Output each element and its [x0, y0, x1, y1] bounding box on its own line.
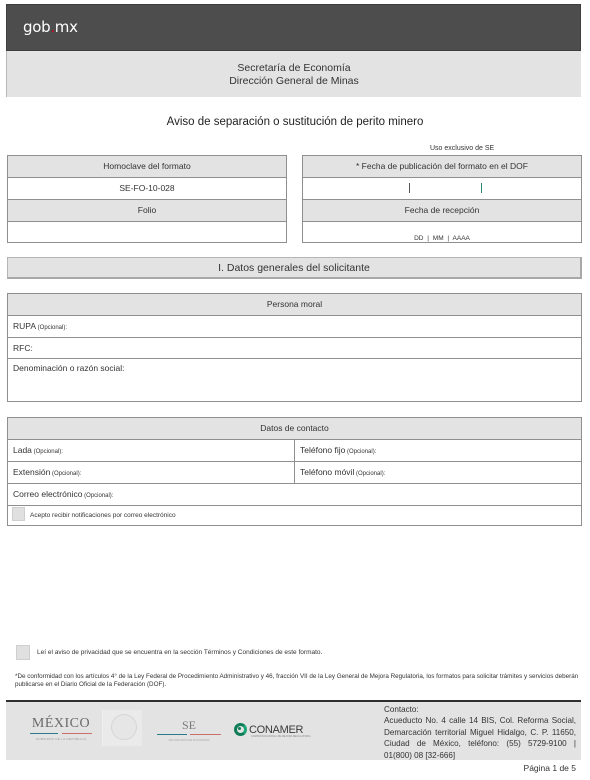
contact-row-2: Extensión (Opcional): Teléfono móvil (Op… [8, 462, 581, 484]
page-number: Página 1 de 5 [524, 763, 576, 773]
persona-moral-header: Persona moral [8, 294, 581, 316]
section-datos-generales: I. Datos generales del solicitante [7, 257, 582, 279]
lada-field[interactable]: Lada (Opcional): [8, 440, 295, 461]
fecha-dof-header: * Fecha de publicación del formato en el… [303, 156, 581, 178]
mexico-logo-lines [26, 733, 96, 735]
notificaciones-checkbox[interactable] [12, 507, 25, 521]
rupa-label: RUPA [13, 321, 36, 331]
persona-moral-table: Persona moral RUPA (Opcional): RFC: Deno… [7, 293, 582, 402]
logo-line-teal [30, 733, 58, 734]
directorate-name: Dirección General de Minas [7, 75, 581, 88]
datos-contacto-table: Datos de contacto Lada (Opcional): Teléf… [7, 417, 582, 526]
date-separator [409, 183, 410, 193]
homoclave-header: Homoclave del formato [8, 156, 286, 178]
se-logo-text: SE [157, 718, 221, 733]
uso-exclusivo-label: Uso exclusivo de SE [430, 145, 494, 152]
correo-label: Correo electrónico [13, 489, 82, 499]
telefono-fijo-optional-label: (Opcional): [345, 449, 376, 455]
notificaciones-label: Acepto recibir notificaciones por correo… [30, 512, 176, 519]
conamer-logo-text: CONAMER [249, 724, 303, 736]
conamer-swirl-icon [234, 723, 247, 736]
gobmx-logo[interactable]: gob.mx [23, 18, 78, 36]
date-separators [303, 178, 581, 199]
telefono-fijo-label: Teléfono fijo [300, 445, 345, 455]
footer: MÉXICO GOBIERNO DE LA REPÚBLICA SE SECRE… [6, 700, 581, 760]
telefono-movil-label: Teléfono móvil [300, 467, 354, 477]
extension-field[interactable]: Extensión (Opcional): [8, 462, 295, 483]
logo-line-red [190, 734, 221, 735]
homoclave-folio-table: Homoclave del formato SE-FO-10-028 Folio [7, 155, 287, 243]
telefono-fijo-field[interactable]: Teléfono fijo (Opcional): [295, 440, 581, 461]
footer-logos: MÉXICO GOBIERNO DE LA REPÚBLICA SE SECRE… [6, 702, 376, 760]
agency-subheader: Secretaría de Economía Dirección General… [6, 51, 581, 97]
fechas-table: * Fecha de publicación del formato en el… [302, 155, 582, 243]
homoclave-value: SE-FO-10-028 [8, 178, 286, 200]
se-logo-subtitle: SECRETARÍA DE ECONOMÍA [157, 738, 221, 742]
conamer-logo: CONAMER COMISIÓN NACIONAL DE MEJORA REGU… [234, 723, 303, 736]
extension-label: Extensión [13, 467, 50, 477]
fecha-recepcion-header: Fecha de recepción [303, 200, 581, 222]
correo-field[interactable]: Correo electrónico (Opcional): [8, 484, 581, 506]
fecha-dof-field[interactable] [303, 178, 581, 200]
mexico-logo-subtitle: GOBIERNO DE LA REPÚBLICA [26, 737, 96, 741]
privacy-row: Leí el aviso de privacidad que se encuen… [16, 645, 322, 661]
notificaciones-row: Acepto recibir notificaciones por correo… [8, 506, 581, 526]
telefono-movil-field[interactable]: Teléfono móvil (Opcional): [295, 462, 581, 483]
telefono-movil-optional-label: (Opcional): [354, 471, 385, 477]
correo-optional-label: (Opcional): [82, 493, 113, 499]
conamer-logo-subtitle: COMISIÓN NACIONAL DE MEJORA REGULATORIA [251, 735, 311, 738]
contact-address: Acueducto No. 4 calle 14 BIS, Col. Refor… [384, 715, 576, 761]
denominacion-label: Denominación o razón social: [13, 363, 125, 373]
rfc-label: RFC: [13, 343, 33, 353]
date-separator [481, 183, 482, 193]
logo-text-main: gob [23, 18, 50, 36]
mexico-logo-text: MÉXICO [26, 716, 96, 732]
privacy-label: Leí el aviso de privacidad que se encuen… [37, 649, 322, 656]
folio-field[interactable] [8, 222, 286, 244]
date-format-hint: DD | MM | AAAA [303, 234, 581, 243]
se-logo-lines [157, 734, 221, 736]
top-header-bar: gob.mx [6, 4, 581, 51]
agency-name: Secretaría de Economía [7, 62, 581, 75]
logo-text-suffix: mx [55, 18, 78, 36]
logo-line-red [62, 733, 92, 734]
emblem-seal [111, 714, 137, 740]
lada-label: Lada [13, 445, 32, 455]
extension-optional-label: (Opcional): [50, 471, 81, 477]
fecha-recepcion-field[interactable]: DD | MM | AAAA [303, 222, 581, 244]
privacy-checkbox[interactable] [16, 645, 30, 660]
denominacion-field[interactable]: Denominación o razón social: [8, 359, 581, 401]
rupa-optional-label: (Opcional): [36, 325, 67, 331]
legal-note: *De conformidad con los artículos 4° de … [15, 673, 580, 689]
logo-line-teal [157, 734, 187, 735]
lada-optional-label: (Opcional): [32, 449, 63, 455]
form-title: Aviso de separación o sustitución de per… [0, 116, 590, 128]
contact-title: Contacto: [384, 704, 576, 715]
national-emblem-icon [102, 710, 142, 746]
folio-header: Folio [8, 200, 286, 222]
mexico-logo: MÉXICO GOBIERNO DE LA REPÚBLICA [26, 716, 96, 741]
footer-contact: Contacto: Acueducto No. 4 calle 14 BIS, … [384, 704, 576, 761]
rupa-field[interactable]: RUPA (Opcional): [8, 316, 581, 338]
datos-contacto-header: Datos de contacto [8, 418, 581, 440]
rfc-field[interactable]: RFC: [8, 338, 581, 359]
contact-row-1: Lada (Opcional): Teléfono fijo (Opcional… [8, 440, 581, 462]
se-logo: SE SECRETARÍA DE ECONOMÍA [157, 718, 221, 742]
